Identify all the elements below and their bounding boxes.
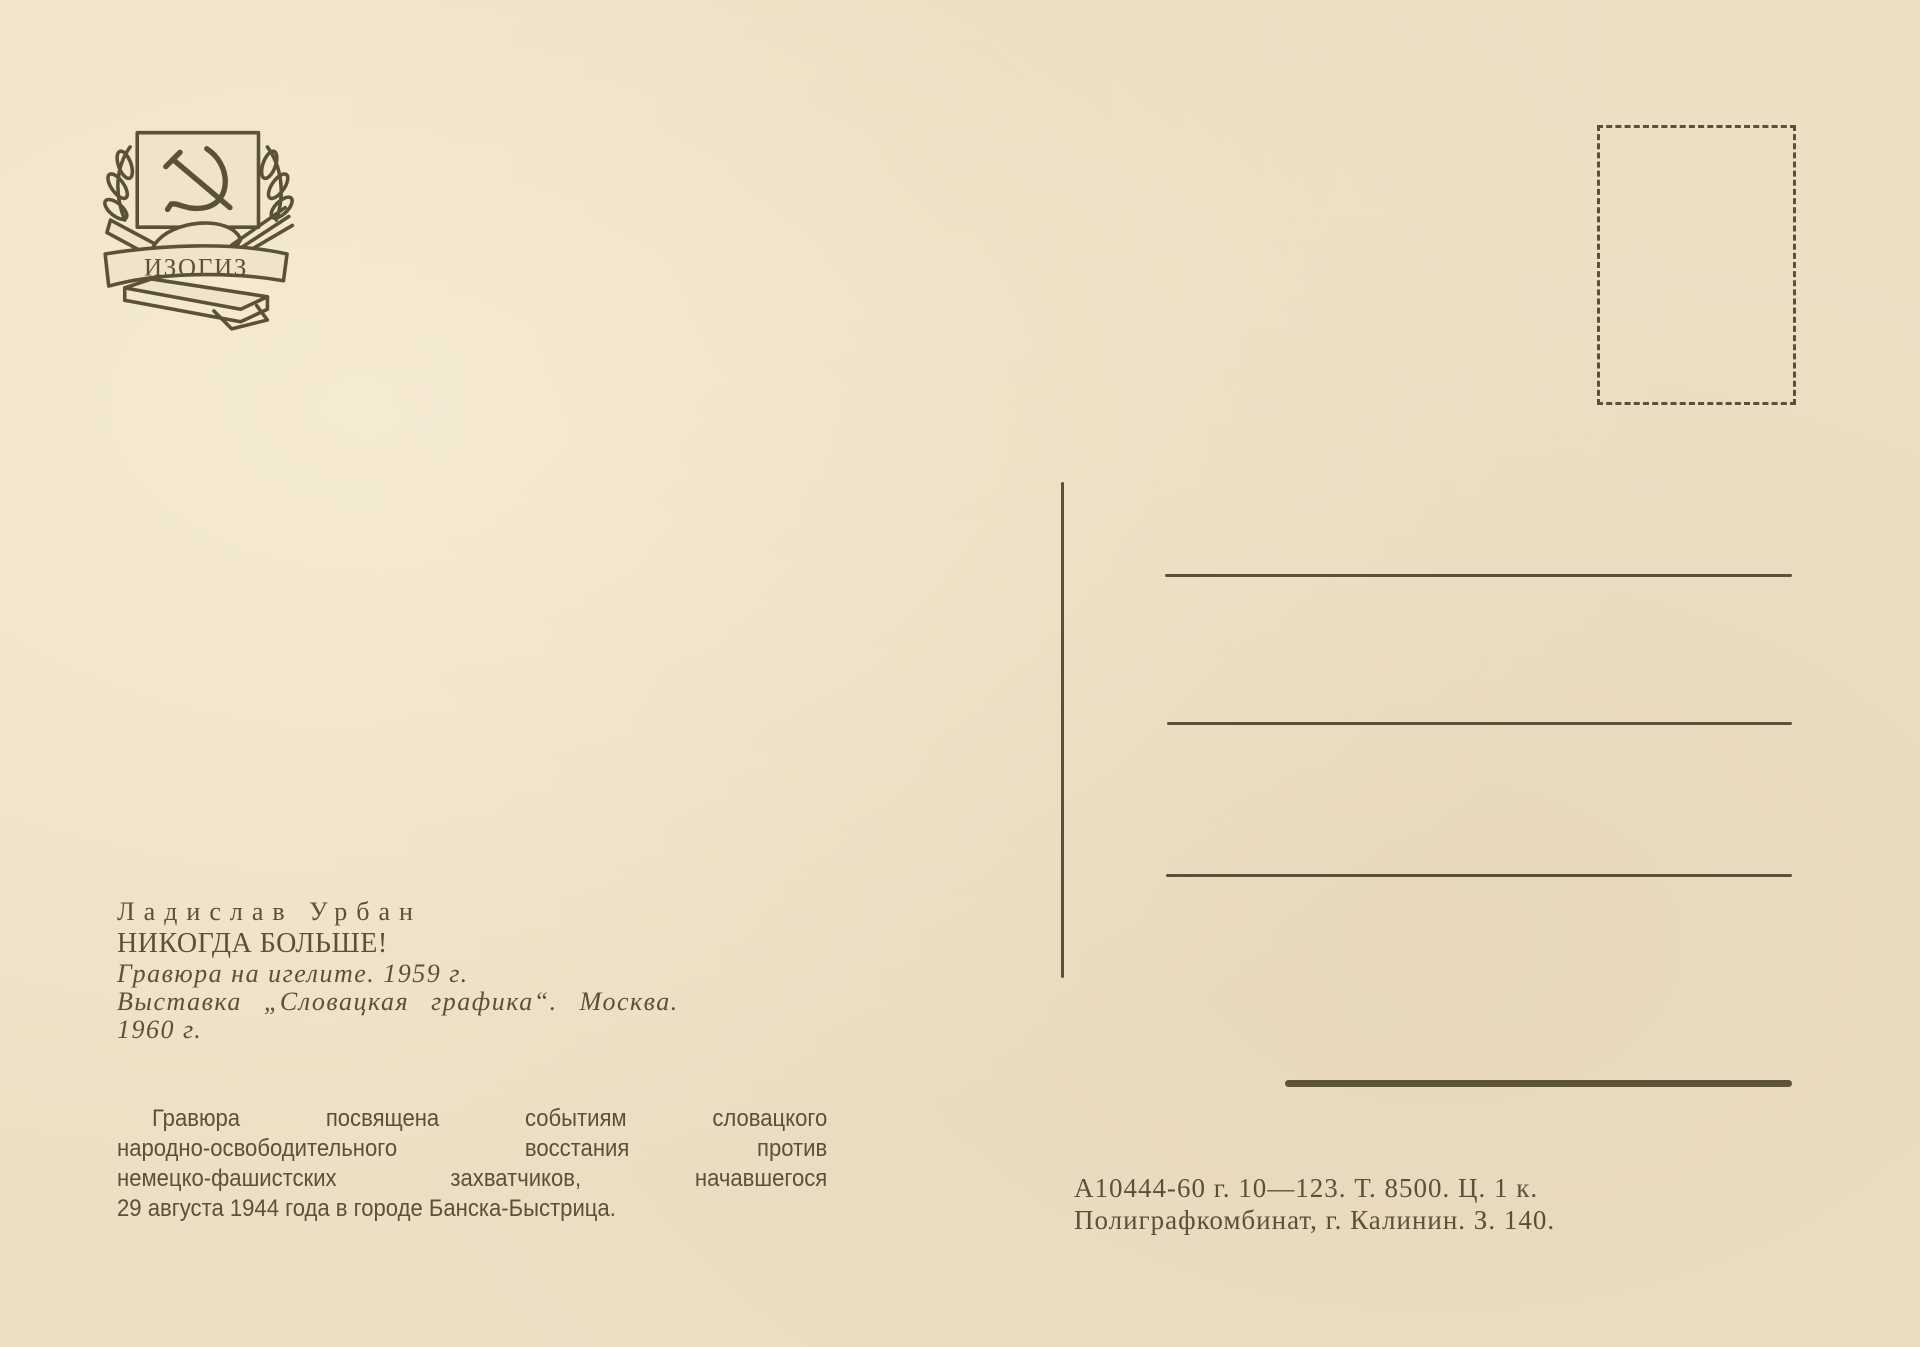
postcode-line	[1285, 1080, 1792, 1087]
izogiz-logo: ИЗОГИЗ	[98, 118, 312, 340]
description-line: Гравюра посвящена событиям словацкого	[117, 1104, 827, 1134]
artist-name: Ладислав Урбан	[117, 896, 837, 928]
stamp-placeholder-box	[1597, 125, 1796, 405]
artwork-technique: Гравюра на игелите. 1959 г.	[117, 960, 837, 988]
artwork-description: Гравюра посвящена событиям словацкого на…	[117, 1104, 827, 1224]
artwork-caption: Ладислав Урбан НИКОГДА БОЛЬШЕ! Гравюра н…	[117, 896, 837, 1044]
description-line: народно-освободительного восстания проти…	[117, 1134, 827, 1164]
exhibition-year: 1960 г.	[117, 1016, 837, 1044]
izogiz-emblem-icon: ИЗОГИЗ	[98, 118, 312, 340]
description-line: 29 августа 1944 года в городе Банска-Быс…	[117, 1194, 827, 1224]
imprint-line-2: Полиграфкомбинат, г. Калинин. З. 140.	[1074, 1204, 1555, 1236]
svg-text:ИЗОГИЗ: ИЗОГИЗ	[144, 254, 248, 281]
imprint-line-1: А10444-60 г. 10—123. Т. 8500. Ц. 1 к.	[1074, 1172, 1555, 1204]
printer-imprint: А10444-60 г. 10—123. Т. 8500. Ц. 1 к. По…	[1074, 1172, 1555, 1236]
address-line-2	[1167, 722, 1792, 725]
address-line-3	[1166, 874, 1792, 877]
address-line-1	[1165, 574, 1792, 577]
description-line: немецко-фашистских захватчиков, начавшег…	[117, 1164, 827, 1194]
artwork-title: НИКОГДА БОЛЬШЕ!	[117, 928, 837, 960]
divider-line	[1061, 482, 1064, 978]
exhibition-info: Выставка „Словацкая графика“. Москва.	[117, 988, 837, 1016]
